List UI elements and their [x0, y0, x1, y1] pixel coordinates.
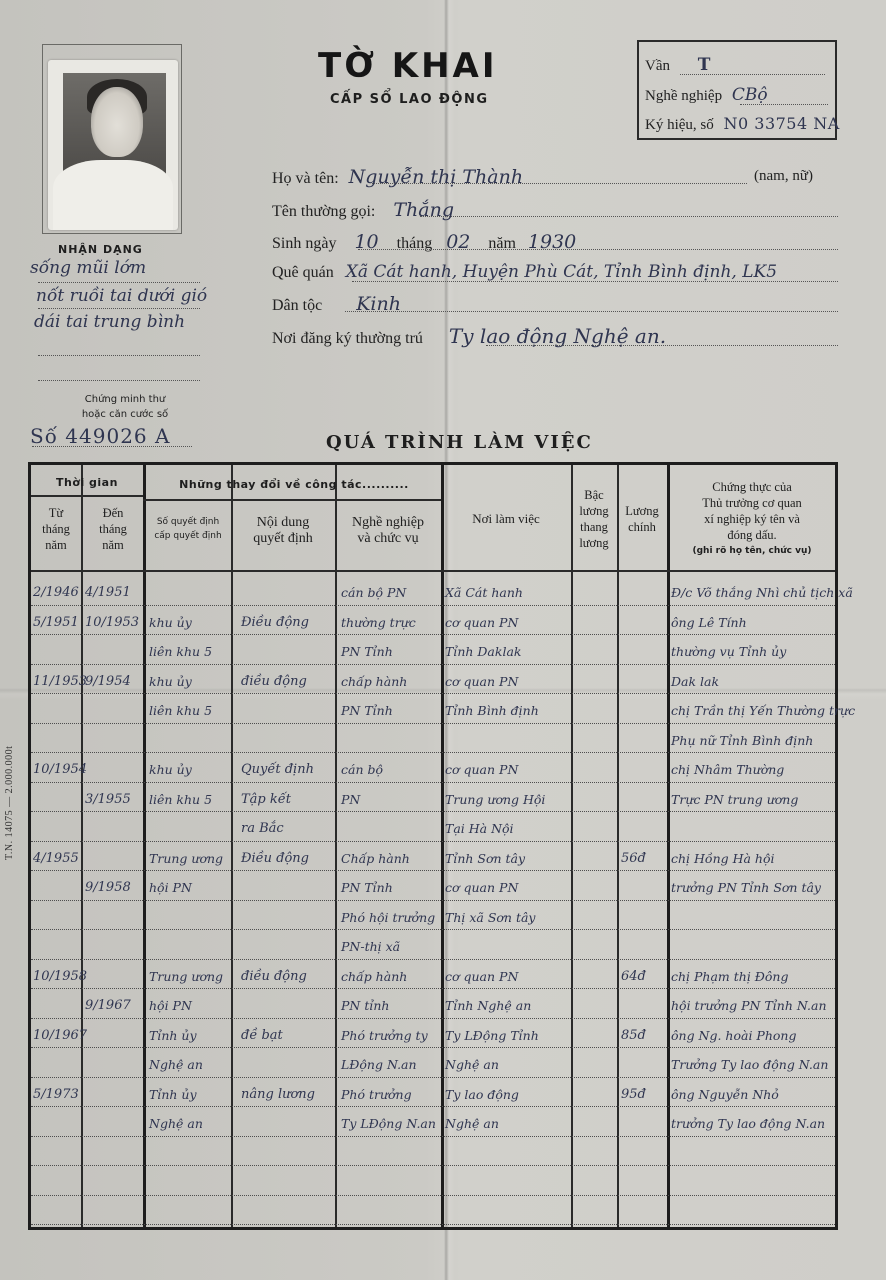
cell-noi-lam-viec: cơ quan PN	[445, 969, 518, 984]
cell-so-qd: Trung ương	[149, 969, 223, 984]
cell-noi-lam-viec: Tại Hà Nội	[445, 821, 514, 836]
cell-nghe-nghiep: PN Tỉnh	[341, 880, 393, 895]
cell-nghe-nghiep: Phó trưởng	[341, 1087, 412, 1102]
cell-nghe-nghiep: cán bộ	[341, 762, 383, 777]
que-quan-label: Quê quán	[272, 264, 334, 281]
row-dotted-rule	[31, 988, 835, 989]
cell-chung-thuc: ông Ng. hoài Phong	[671, 1028, 796, 1043]
header-noi-dung: Nội dung quyết định	[231, 515, 335, 547]
cell-den: 4/1951	[85, 585, 131, 600]
sinh-ngay-label: Sinh ngày	[272, 235, 336, 252]
ho-ten-dotline	[372, 183, 747, 184]
header-chung-thuc: Chứng thực của Thủ trưởng cơ quan xí ngh…	[669, 479, 835, 559]
ten-thuong-goi-dotline	[420, 216, 838, 217]
row-dotted-rule	[31, 1018, 835, 1019]
van-field: Vần T	[645, 55, 710, 75]
nhan-dang-dotline-2	[38, 308, 200, 309]
cell-noi-lam-viec: Tỉnh Nghệ an	[445, 998, 531, 1013]
cell-noi-dung: Quyết định	[241, 762, 314, 777]
cell-tu: 5/1951	[33, 615, 79, 630]
cell-den: 9/1958	[85, 880, 131, 895]
ky-hieu-label: Ký hiệu, số	[645, 117, 714, 133]
cell-den: 9/1967	[85, 998, 131, 1013]
gender-label: (nam, nữ)	[754, 168, 813, 185]
cell-tu: 4/1955	[33, 851, 79, 866]
header-noi-lam-viec: Nơi làm việc	[441, 511, 571, 527]
cell-so-qd: liên khu 5	[149, 792, 212, 807]
cell-noi-lam-viec: Nghệ an	[445, 1057, 499, 1072]
dan-toc-label: Dân tộc	[272, 297, 322, 314]
que-quan-dotline	[352, 281, 838, 282]
ky-hieu-value: N0 33754 NA	[724, 114, 840, 133]
cell-noi-lam-viec: Trung ương Hội	[445, 792, 545, 807]
cell-noi-lam-viec: cơ quan PN	[445, 674, 518, 689]
cell-nghe-nghiep: chấp hành	[341, 674, 407, 689]
cmt-dotline	[32, 446, 192, 447]
cell-noi-lam-viec: cơ quan PN	[445, 762, 518, 777]
cell-chung-thuc: chị Hồng Hà hội	[671, 851, 775, 866]
cell-chung-thuc: chị Phạm thị Đông	[671, 969, 788, 984]
cell-nghe-nghiep: chấp hành	[341, 969, 407, 984]
row-dotted-rule	[31, 605, 835, 606]
cell-nghe-nghiep: LĐộng N.an	[341, 1057, 417, 1072]
cell-chung-thuc: trưởng Ty lao động N.an	[671, 1116, 825, 1131]
header-thoi-gian: Thời gian	[31, 475, 143, 491]
header-den: Đến tháng năm	[83, 505, 143, 553]
cell-nghe-nghiep: PN Tỉnh	[341, 703, 393, 718]
work-history-table: Thời gian Những thay đổi về công tác....…	[28, 462, 838, 1230]
cell-noi-lam-viec: Nghệ an	[445, 1116, 499, 1131]
cell-so-qd: hội PN	[149, 998, 192, 1013]
cell-noi-lam-viec: Ty LĐộng Tỉnh	[445, 1028, 539, 1043]
cell-tu: 10/1954	[33, 762, 87, 777]
cell-so-qd: liên khu 5	[149, 644, 212, 659]
document-subtitle: CẤP SỔ LAO ĐỘNG	[330, 92, 489, 107]
cell-nghe-nghiep: cán bộ PN	[341, 585, 406, 600]
row-dotted-rule	[31, 811, 835, 812]
row-dotted-rule	[31, 900, 835, 901]
cell-nghe-nghiep: PN Tỉnh	[341, 644, 393, 659]
row-dotted-rule	[31, 1047, 835, 1048]
ky-hieu-field: Ký hiệu, số N0 33754 NA	[645, 114, 840, 134]
cell-noi-dung: điều động	[241, 969, 307, 984]
cell-noi-dung: Điều động	[241, 615, 309, 630]
cell-noi-dung: điều động	[241, 674, 307, 689]
ten-thuong-goi-field: Tên thường gọi: Thắng	[272, 199, 454, 221]
cell-so-qd: khu ủy	[149, 762, 192, 777]
row-dotted-rule	[31, 959, 835, 960]
portrait-photo	[48, 60, 178, 230]
cell-noi-lam-viec: Ty lao động	[445, 1087, 519, 1102]
header-thay-doi: Những thay đổi về công tác..........	[147, 477, 441, 493]
row-dotted-rule	[31, 782, 835, 783]
cell-noi-dung: nâng lương	[241, 1087, 315, 1102]
que-quan-field: Quê quán Xã Cát hanh, Huyện Phù Cát, Tỉn…	[272, 262, 777, 282]
cell-so-qd: Nghệ an	[149, 1057, 203, 1072]
cell-noi-dung: Điều động	[241, 851, 309, 866]
dan-toc-dotline	[345, 311, 838, 312]
cell-nghe-nghiep: Phó trưởng ty	[341, 1028, 428, 1043]
nghe-nghiep-box-field: Nghề nghiệp CBộ	[645, 85, 768, 105]
row-dotted-rule	[31, 723, 835, 724]
row-dotted-rule	[31, 752, 835, 753]
nhan-dang-dotline-1	[38, 282, 200, 283]
cell-nghe-nghiep: PN-thị xã	[341, 939, 400, 954]
header-nghe-nghiep: Nghề nghiệp và chức vụ	[335, 515, 441, 547]
header-bac-luong: Bậc lương thang lương	[571, 487, 617, 551]
cell-tu: 5/1973	[33, 1087, 79, 1102]
cmt-label-1: Chứng minh thư	[60, 392, 190, 407]
cell-chung-thuc: Trực PN trung ương	[671, 792, 798, 807]
row-dotted-rule	[31, 1077, 835, 1078]
sinh-ngay-dotline	[358, 249, 838, 250]
ho-ten-field: Họ và tên: Nguyễn thị Thành	[272, 166, 523, 188]
cell-so-qd: hội PN	[149, 880, 192, 895]
cell-noi-lam-viec: Xã Cát hanh	[445, 585, 523, 600]
ho-ten-value: Nguyễn thị Thành	[349, 166, 523, 188]
nhan-dang-label: NHẬN DẠNG	[58, 243, 143, 256]
cell-luong-chinh: 56đ	[621, 851, 646, 866]
ho-ten-label: Họ và tên:	[272, 170, 339, 187]
cmt-label-2: hoặc căn cước số	[60, 407, 190, 422]
nhan-dang-dotline-3	[38, 355, 200, 356]
work-history-title: QUÁ TRÌNH LÀM VIỆC	[326, 432, 593, 453]
cell-noi-dung: ra Bắc	[241, 821, 284, 836]
cell-chung-thuc: chị Nhâm Thường	[671, 762, 784, 777]
nhan-dang-line-2: nốt ruồi tai dưới gió	[36, 286, 207, 306]
cell-chung-thuc: hội trưởng PN Tỉnh N.an	[671, 998, 827, 1013]
cell-den: 3/1955	[85, 792, 131, 807]
cell-tu: 2/1946	[33, 585, 79, 600]
cell-tu: 10/1967	[33, 1028, 87, 1043]
cell-noi-lam-viec: Thị xã Sơn tây	[445, 910, 536, 925]
cell-chung-thuc: Đ/c Võ thắng Nhì chủ tịch xã	[671, 585, 853, 600]
ten-thuong-goi-value: Thắng	[393, 199, 454, 221]
nghe-nghiep-box-label: Nghề nghiệp	[645, 88, 722, 104]
header-tu: Từ tháng năm	[31, 505, 81, 553]
cell-chung-thuc: ông Lê Tính	[671, 615, 747, 630]
row-dotted-rule	[31, 841, 835, 842]
cell-so-qd: liên khu 5	[149, 703, 212, 718]
cell-tu: 10/1958	[33, 969, 87, 984]
cell-so-qd: khu ủy	[149, 615, 192, 630]
cell-luong-chinh: 95đ	[621, 1087, 646, 1102]
cell-chung-thuc: chị Trần thị Yến Thường trực	[671, 703, 855, 718]
cell-chung-thuc: Dak lak	[671, 674, 719, 689]
cell-nghe-nghiep: Ty LĐộng N.an	[341, 1116, 436, 1131]
cell-noi-lam-viec: Tỉnh Daklak	[445, 644, 521, 659]
print-code: T.N. 14075 — 2.000.000t	[4, 746, 15, 860]
cell-nghe-nghiep: PN	[341, 792, 360, 807]
row-dotted-rule	[31, 1165, 835, 1166]
cell-so-qd: Trung ương	[149, 851, 223, 866]
row-dotted-rule	[31, 1106, 835, 1107]
cell-nghe-nghiep: Phó hội trưởng	[341, 910, 435, 925]
cell-luong-chinh: 64đ	[621, 969, 646, 984]
thuong-tru-label: Nơi đăng ký thường trú	[272, 330, 423, 347]
nhan-dang-line-1: sống mũi lớm	[30, 258, 146, 278]
row-dotted-rule	[31, 929, 835, 930]
nhan-dang-dotline-4	[38, 380, 200, 381]
header-luong-chinh: Lương chính	[617, 503, 667, 535]
cell-so-qd: Nghệ an	[149, 1116, 203, 1131]
van-dotline	[680, 74, 825, 75]
cell-luong-chinh: 85đ	[621, 1028, 646, 1043]
row-dotted-rule	[31, 1195, 835, 1196]
row-dotted-rule	[31, 693, 835, 694]
row-dotted-rule	[31, 634, 835, 635]
ten-thuong-goi-label: Tên thường gọi:	[272, 203, 375, 220]
cell-den: 9/1954	[85, 674, 131, 689]
que-quan-value: Xã Cát hanh, Huyện Phù Cát, Tỉnh Bình đị…	[346, 262, 777, 282]
row-dotted-rule	[31, 870, 835, 871]
cell-noi-lam-viec: Tỉnh Sơn tây	[445, 851, 525, 866]
nhan-dang-line-3: dái tai trung bình	[34, 312, 185, 332]
row-dotted-rule	[31, 1136, 835, 1137]
van-value: T	[698, 55, 711, 75]
cell-so-qd: khu ủy	[149, 674, 192, 689]
van-label: Vần	[645, 58, 670, 74]
cell-den: 10/1953	[85, 615, 139, 630]
cell-nghe-nghiep: thường trực	[341, 615, 416, 630]
cell-noi-lam-viec: Tỉnh Bình định	[445, 703, 539, 718]
cell-chung-thuc: Phụ nữ Tỉnh Bình định	[671, 733, 813, 748]
cell-noi-dung: đề bạt	[241, 1028, 283, 1043]
cell-tu: 11/1953	[33, 674, 87, 689]
cell-chung-thuc: ông Nguyễn Nhỏ	[671, 1087, 779, 1102]
cell-so-qd: Tỉnh ủy	[149, 1028, 197, 1043]
header-so-qd: Số quyết định cấp quyết định	[145, 515, 231, 543]
cell-so-qd: Tỉnh ủy	[149, 1087, 197, 1102]
nghe-nghiep-dotline	[740, 104, 828, 105]
thuong-tru-dotline	[486, 345, 838, 346]
cell-noi-dung: Tập kết	[241, 792, 291, 807]
cell-noi-lam-viec: cơ quan PN	[445, 880, 518, 895]
document-title: TỜ KHAI	[318, 46, 498, 86]
row-dotted-rule	[31, 1224, 835, 1225]
cell-nghe-nghiep: PN tỉnh	[341, 998, 389, 1013]
cell-chung-thuc: trưởng PN Tỉnh Sơn tây	[671, 880, 821, 895]
cell-nghe-nghiep: Chấp hành	[341, 851, 410, 866]
cell-noi-lam-viec: cơ quan PN	[445, 615, 518, 630]
cell-chung-thuc: Trưởng Ty lao động N.an	[671, 1057, 828, 1072]
row-dotted-rule	[31, 664, 835, 665]
cmt-value: Số 449026 A	[30, 424, 170, 448]
cell-chung-thuc: thường vụ Tỉnh ủy	[671, 644, 786, 659]
nghe-nghiep-box-value: CBộ	[732, 85, 768, 105]
